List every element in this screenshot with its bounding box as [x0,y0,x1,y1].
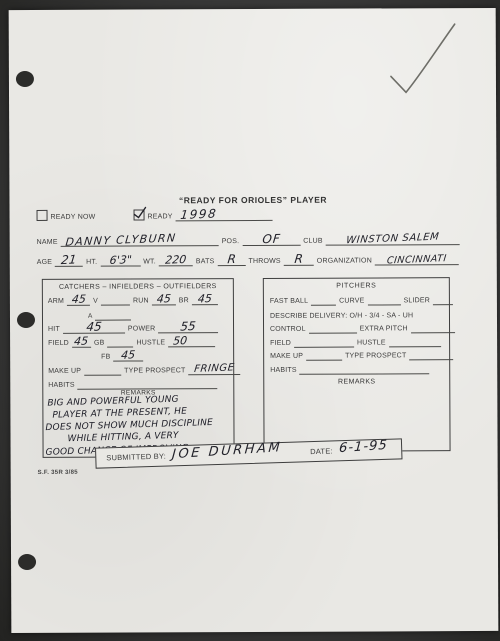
habits-line [78,377,218,390]
club-line: WINSTON SALEM [326,231,460,246]
control-line [309,322,357,334]
pitcher-habits-row: HABITS [270,363,430,375]
makeup-line [84,364,121,376]
br-label: BR [179,297,189,305]
check-icon [132,205,148,221]
power-value: 55 [180,320,197,333]
weight-label: WT. [143,258,156,266]
fb-value: 45 [121,349,136,361]
pitcher-field-row: FIELD HUSTLE [270,336,441,348]
makeup-label: MAKE UP [48,367,81,376]
arm-value: 45 [71,293,86,305]
pitcher-makeup-line [306,349,342,361]
organization-value: CINCINNATI [387,254,448,266]
type-prospect-value: FRINGE [194,363,235,375]
makeup-row: MAKE UP TYPE PROSPECT FRINGE [48,364,240,376]
date-value: 6-1-95 [338,438,388,454]
club-value: WINSTON SALEM [346,233,440,247]
ready-field: READY 1998 [134,207,273,222]
remarks-line: DOES NOT SHOW MUCH DISCIPLINE [45,418,213,433]
field-line: 45 [72,336,91,348]
br-line: 45 [192,293,218,305]
gb-label: GB [94,339,105,347]
delivery-row: DESCRIBE DELIVERY: O/H - 3/4 - SA - UH [270,309,413,321]
hit-value: 45 [86,320,103,333]
ready-year-value: 1998 [180,208,218,221]
control-label: CONTROL [270,325,306,334]
pitcher-makeup-label: MAKE UP [270,352,303,361]
control-row: CONTROL EXTRA PITCH [270,322,455,334]
pitcher-habits-label: HABITS [270,366,297,375]
run-label: RUN [133,297,149,305]
run-line: 45 [152,293,176,305]
curve-label: CURVE [339,297,364,306]
pos-line: OF [242,232,300,246]
form-title: “READY FOR ORIOLES” PLAYER [9,194,496,206]
age-value: 21 [61,254,78,267]
hustle-label: HUSTLE [136,339,165,348]
power-label: POWER [128,325,155,334]
hole-punch [18,554,36,570]
br-value: 45 [197,293,212,305]
ready-checkbox [134,209,145,220]
ready-now-checkbox [37,210,48,221]
fastball-line [311,294,336,306]
delivery-label: DESCRIBE DELIVERY: O/H - 3/4 - SA - UH [270,312,413,321]
fastball-label: FAST BALL [270,297,308,306]
throws-value: R [294,253,304,265]
hole-punch [16,71,34,87]
arm-label: ARM [48,297,64,305]
type-prospect-label: TYPE PROSPECT [124,367,185,376]
arm-line: 45 [67,294,90,306]
power-line: 55 [158,321,218,333]
bats-value: R [227,253,237,265]
field-label: FIELD [48,339,69,347]
pos-label: POS. [222,238,240,246]
submitted-by-label: SUBMITTED BY: [106,452,166,463]
date-label: DATE: [310,446,333,456]
pitcher-habits-line [300,362,430,375]
pos-value: OF [261,233,281,246]
pitchers-heading: PITCHERS [264,282,449,290]
weight-value: 220 [165,254,187,266]
pitcher-field-label: FIELD [270,339,291,347]
habits-row: HABITS [48,378,218,390]
v-line [101,294,130,306]
remarks-line: WHILE HITTING, A VERY [67,431,178,444]
slider-label: SLIDER [404,297,431,306]
pen-checkmark-icon [387,18,461,98]
hustle-line: 50 [168,335,215,347]
age-label: AGE [37,258,52,266]
gb-line [107,336,133,348]
fb-label: FB [101,353,110,361]
ready-now-label: READY NOW [51,213,96,222]
extra-pitch-line [411,321,455,333]
throws-line: R [284,252,314,266]
height-value: 6'3" [109,254,132,266]
age-row: AGE 21 HT. 6'3" WT. 220 BATS R THROWS R … [37,251,459,267]
hustle-value: 50 [173,335,188,347]
fb-row: FB 45 [101,350,143,361]
weight-line: 220 [159,252,193,266]
field-value: 45 [74,335,89,347]
ready-label: READY [148,213,173,222]
bats-label: BATS [196,258,215,266]
hit-label: HIT [48,325,60,333]
bats-line: R [217,252,245,266]
name-row: NAME DANNY CLYBURN POS. OF CLUB WINSTON … [37,231,460,247]
run-value: 45 [156,293,171,305]
scouting-form-page: “READY FOR ORIOLES” PLAYER READY NOW REA… [9,8,499,633]
pitchers-box: PITCHERS FAST BALL CURVE SLIDER DESCRIBE… [263,277,451,452]
habits-label: HABITS [48,381,75,390]
age-line: 21 [55,253,83,267]
pitcher-makeup-row: MAKE UP TYPE PROSPECT [270,349,453,361]
form-code: S.F. 35R 3/85 [38,470,78,476]
height-line: 6'3" [100,252,140,266]
curve-line [368,293,401,305]
height-label: HT. [86,258,97,266]
organization-line: CINCINNATI [375,251,459,265]
arm-row: ARM 45 V RUN 45 BR 45 [48,294,218,306]
hit-line: 45 [63,322,125,334]
ready-now-field: READY NOW [37,210,96,222]
fastball-row: FAST BALL CURVE SLIDER [270,294,453,306]
pitcher-hustle-line [389,335,441,347]
type-prospect-line: FRINGE [188,363,240,375]
slider-line [433,293,453,305]
hit-row: HIT 45 POWER 55 [48,322,218,334]
club-label: CLUB [303,237,323,245]
v-label: V [93,297,98,305]
hole-punch [17,312,35,328]
fb-line: 45 [113,349,143,361]
fielders-box: CATCHERS – INFIELDERS – OUTFIELDERS ARM … [42,278,235,458]
pitcher-field-line [294,336,354,348]
name-value: DANNY CLYBURN [65,232,177,247]
pitcher-type-prospect-label: TYPE PROSPECT [345,352,406,361]
pitchers-remarks-label: REMARKS [264,378,449,386]
throws-label: THROWS [248,257,280,266]
fielders-heading: CATCHERS – INFIELDERS – OUTFIELDERS [43,283,233,291]
field-row: FIELD 45 GB HUSTLE 50 [48,336,215,348]
pitcher-hustle-label: HUSTLE [357,339,386,348]
pitcher-type-prospect-line [409,348,453,360]
extra-pitch-label: EXTRA PITCH [360,325,408,334]
ready-year-line: 1998 [176,207,273,221]
name-label: NAME [37,238,58,246]
organization-label: ORGANIZATION [317,257,372,266]
name-line: DANNY CLYBURN [61,232,219,247]
